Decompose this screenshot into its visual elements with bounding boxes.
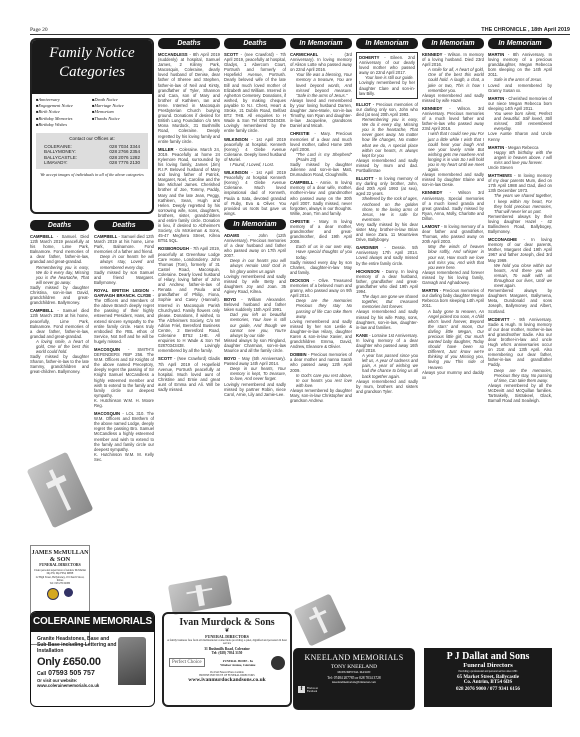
notice-verse: A baby gone to Heaven, An Angel picked t… (422, 309, 484, 370)
notice-entry: MCCANDLESS - 8th April 2019 (suddenly) a… (158, 52, 220, 144)
notice-entry: CAMPBELL - Samuel died 12th March 2019 a… (30, 308, 89, 374)
column-deaths-4: DeathsSCOTT - (nee Crawford) - 7th April… (224, 38, 286, 598)
notice-entry: CHRISTIE - Mary. Precious memories of a … (290, 131, 352, 177)
notice-signoff: Remembered always by daughters Margaret,… (488, 288, 552, 313)
notice-signoff: Always your mummy and daddy xx (422, 370, 484, 380)
notice-verse: Deep are the memories Precious they stay… (290, 298, 352, 318)
memoriam-banner: In Memoriam (290, 38, 352, 49)
notice-verse: The days are gone we shared together, Bu… (356, 294, 418, 309)
memoriam-banner: In Memoriam (356, 38, 418, 49)
notice-verse: A smile for all, A heart of gold, One of… (422, 67, 484, 92)
notice-text: - 8th April 2019 (suddenly) at hospital,… (158, 52, 220, 144)
notice-signoff: Loved and remembered by Granny Susan xx. (488, 83, 552, 93)
notice-entry: CAMPBELL - Samuel died 12th March 2019 a… (94, 234, 154, 285)
notice-text: - Annie. In loving memory of a dear wife… (290, 180, 352, 216)
notice-verse: Deep in our hearts you will always remai… (224, 258, 286, 273)
notice-text: - Samuel died 12th March 2019 at his hom… (30, 308, 89, 338)
notice-text: - Coleraine. March 24, 2019. Peacefully … (158, 147, 220, 244)
notice-entry: CAMPBELL - Annie. In loving memory of a … (290, 180, 352, 216)
notice-entry: KENNEDY - Wilson 3rd Anniversary. Specia… (422, 190, 484, 221)
notice-verse: May the winds of heaven blow softly, And… (422, 244, 484, 269)
notice-signoff: Sadly missed by daughter Christina, son-… (30, 285, 89, 305)
notice-signoff: Sadly missed by daughter Sharon, father-… (30, 354, 89, 374)
notice-verse: Deep in our hearts, Your memory is kept,… (224, 366, 286, 381)
notice-verse: Remembering you is easy, We do it every … (356, 117, 418, 158)
column-deaths-2: DeathsCAMPBELL - Samuel died 12th March … (94, 220, 154, 640)
notice-text: - (Nee Crawford) Gladis 7th April 2019 o… (158, 356, 220, 392)
notice-text: - LOL 310. The W.M. Officers and Brether… (94, 411, 154, 452)
deaths-banner: Deaths (224, 38, 286, 49)
deaths-banner: Deaths (30, 220, 89, 231)
notice-entry: MCDEVITT - 9th Anniversary. Sadie & Hugh… (488, 317, 552, 404)
notice-signoff: Always loved and remembered by your lovi… (290, 98, 352, 129)
deaths-banner: Deaths (158, 38, 220, 49)
notice-verse: Your life was a blessing, Your memory a … (290, 72, 352, 97)
notice-signoff: Sadly missed by daughter Julienne and so… (290, 162, 352, 177)
notice-text: - Megan Rebecca (504, 145, 538, 150)
notice-entry: ADAMS - John (12th Anniversary). Preciou… (224, 233, 286, 294)
column-deaths-1: DeathsCAMPBELL - Samuel. Died 12th March… (30, 220, 89, 450)
notice-entry: CAMPBELL - Samuel. Died 12th March 2019 … (30, 234, 89, 305)
notice-entry: MARTIN - Precious memories of our darlin… (422, 288, 484, 380)
notice-entry: HICKINSON - Danny. In loving memory of a… (356, 269, 418, 330)
notice-entry: MATTHEWS - In loving memory of my dear p… (488, 173, 552, 234)
notice-text: - 9th Anniversary. Sadie & Hugh. In lovi… (488, 317, 552, 368)
bifd-crest-icon (271, 656, 285, 670)
column-memoriam-5: In MemoriamCARMICHAEL - (3rd Anniversary… (290, 38, 352, 628)
memoriam-banner: In Memoriam (224, 219, 286, 230)
notice-signoff: Always remembered by all the McDevitt an… (488, 383, 552, 403)
images-note: We accept images of individuals in all o… (32, 172, 152, 177)
notice-verse: I Found, I Loved, I Lost. (224, 162, 286, 167)
notice-signoff: Always remembered and forever missed by … (422, 270, 484, 285)
notice-signoff: K. Hutchinson W.M. M. Kelly Sec. (94, 452, 154, 462)
page-number: Page 20 (30, 27, 48, 33)
notice-signoff: Always remembered and sadly missed by wi… (422, 93, 484, 103)
notice-verse: In God's care you rest above, In our hea… (290, 373, 352, 388)
kneeland-memorials-ad: KNEELAND MEMORIALS TONY KNEELAND MONUMEN… (293, 648, 415, 710)
notice-entry: CHRISTIE - Mary. In loving memory of a d… (290, 219, 352, 275)
notice-signoff: K. Hutchinson W.M. H. Moore Reg. (94, 398, 154, 408)
ivan-murdock-ad: Ivan Murdock & Sons ❦ FUNERAL DIRECTORS … (162, 612, 292, 707)
notice-signoff: Always remembered by daughter Mary, son-… (290, 388, 352, 403)
notice-entry: MILLER - Coleraine. March 24, 2019. Peac… (158, 147, 220, 244)
notice-entry: MARTIN - Megan RebeccaHappy 8th birthday… (488, 145, 552, 170)
notice-signoff: Always remembered and sadly missed by hi… (356, 309, 418, 329)
notice-text: - Samuel. Died 12th March 2019 peacefull… (30, 234, 89, 264)
notice-verse: We hold you close within our hearts, And… (488, 263, 552, 288)
notice-verse: Each of us in our own way, Have special … (290, 244, 352, 259)
notice-entry: WILKINSON - 1st April 2019 Peacefully at… (224, 170, 286, 216)
notice-verse: Dad you left us beautiful memories, Your… (224, 312, 286, 337)
notice-surname: ROYAL BRITISH LEGION - GARVAGH BRANCH. C… (94, 288, 154, 298)
family-notice-title: Family Notice Categories (32, 40, 152, 94)
memoriam-banner: In Memoriam (422, 38, 484, 49)
column-memoriam-6: In MemoriamDOHERTY - Eileen. 2nd Anniver… (356, 38, 418, 633)
notice-entry: MACOSQUIN - SMITH'S DEFENDERS RBP 256. T… (94, 347, 154, 408)
notice-verse: Sheltered by the rock of ages, Anchored … (356, 196, 418, 221)
notice-signoff: Very sadly missed by his dear sister May… (356, 222, 418, 242)
phone-link[interactable]: 07593 505 757 (48, 670, 95, 677)
notice-signoff: Always remembered and sadly missed by mu… (356, 158, 418, 173)
notice-signoff: Lovingly remembered and sadly missed by … (224, 274, 286, 294)
notice-entry: KANE - Lorraine 1st Anniversary. In lovi… (356, 333, 418, 394)
notice-entry: BOYD - William Alexander. Beloved husban… (224, 297, 286, 353)
notice-entry: MARTIN - 8th Anniversary. In loving memo… (488, 52, 552, 93)
deaths-banner: Deaths (94, 220, 154, 231)
notice-entry: CARMICHAEL - (3rd Anniversary). In lovin… (290, 52, 352, 128)
notice-verse: Safe in the arms of Jesus. (488, 77, 552, 82)
notice-text: - 7th April 2019, peacefully at Greenhaw… (158, 246, 220, 353)
notice-verse: A loving smile, a heart of gold, One of … (30, 339, 89, 354)
notice-entry: WILKINSON - 1st April 2019 peacefully at… (224, 137, 286, 168)
notice-entry: KENNEDY - Wilson. In memory of a loving … (422, 52, 484, 103)
notice-entry: ELLIOT - Precious memories of our darlin… (356, 102, 418, 173)
notice-signoff: Remembered always by their loving daught… (488, 214, 552, 234)
website-link[interactable]: www.ivanmurdockandsons.co.uk (164, 677, 290, 683)
category-item: Birthday Wishes (36, 122, 92, 128)
notice-signoff: Sadly missed by son Samuel and friend Ma… (94, 270, 154, 285)
perfect-choice-logo: Perfect Choice (169, 658, 205, 667)
notice-entry: ROSBOROUGH - 7th April 2019, peacefully … (158, 246, 220, 353)
notice-verse: Deep in our hearts he will always stay, … (94, 254, 154, 269)
coleraine-memorials-ad: COLERAINE MEMORIALS Granite Headstones, … (30, 611, 155, 707)
notice-verse: "The Lord is my Shepherd" (Psalm 23) (290, 152, 352, 162)
notice-signoff: Always remembered and sadly by mum, brot… (356, 379, 418, 394)
family-notice-categories-box: Family Notice Categories Anniversary Dea… (30, 38, 154, 214)
publication-dateline: THE CHRONICLE , 18th April 2019 (481, 27, 570, 33)
notice-entry: KENNEDY - Wilson. 3rd Anniversary. Preci… (422, 106, 484, 188)
notice-text: - The Officers and Members of the above … (94, 293, 154, 344)
facebook-icon[interactable]: f (298, 686, 305, 693)
notice-text: - Wilson 3rd Anniversary. Special memori… (422, 190, 484, 220)
notice-verse: A year has passed since you left us, A y… (356, 353, 418, 378)
notice-text: - (nee Crawford) - 7th April 2019, peace… (224, 52, 286, 133)
notice-signoff: Loving remembered and sadly missed by he… (290, 319, 352, 350)
notice-signoff: Lovingly remembered by her daughter Clar… (359, 80, 415, 95)
notice-verse: Happy 8th birthday with the angels in he… (488, 150, 552, 165)
notice-signoff: Love Auntie Sharon and Uncle Kenny (488, 131, 552, 141)
notice-signoff: Always remembered and sadly missed by da… (422, 172, 484, 187)
notice-entry: MCCONAGHIE - In loving memory of our dea… (488, 237, 552, 313)
notice-surname: MARTIN (488, 145, 504, 150)
notice-verse: You were born silent, Perfect and beauti… (488, 111, 552, 131)
notice-verse: I wish that I could see you For just a l… (422, 131, 484, 172)
notice-entry: ROYAL BRITISH LEGION - GARVAGH BRANCH. C… (94, 288, 154, 344)
notice-verse: Deep are the memories, Precious they sta… (488, 368, 552, 383)
column-memoriam-7: In MemoriamKENNEDY - Wilson. In memory o… (422, 38, 484, 633)
notice-entry: DICKSON - Olive. Treasured memories of a… (290, 278, 352, 349)
notice-signoff: Missed always by son Ringland, daughter … (224, 338, 286, 353)
notice-entry: LAMONT - In loving memory of a dear fath… (422, 224, 484, 285)
notice-entry: SCOTT - (Nee Crawford) Gladis 7th April … (158, 356, 220, 392)
notice-signoff: Sadly missed every day by son Charles, d… (290, 260, 352, 275)
notice-signoff: Uncle Steven (488, 165, 552, 170)
notice-entry: DOHERTY - Eileen. 2nd Anniversary of our… (356, 52, 418, 99)
column-deaths-3: DeathsMCCANDLESS - 8th April 2019 (sudde… (158, 38, 220, 593)
association-logo-icon (47, 588, 59, 600)
contact-offices: Contact our Offices at: COLERAINE:028 70… (36, 133, 148, 169)
office-row: LIMAVADY:028 7776 2130 (44, 160, 140, 166)
notice-entry: DOBBIN - Precious memories of a dear mot… (290, 352, 352, 403)
notice-entry: SCOTT - (nee Crawford) - 7th April 2019,… (224, 52, 286, 134)
page-header: Page 20 THE CHRONICLE , 18th April 2019 (30, 26, 570, 35)
dallat-funeral-ad: P J Dallat and Sons Funeral Directors Pr… (424, 648, 552, 707)
headstone-image (118, 637, 146, 685)
category-item: Thanks Notice (92, 116, 148, 122)
column-memoriam-8: In MemoriamMARTIN - 8th Anniversary. In … (488, 38, 552, 633)
notice-verse: Remembering you is easy, We do it every … (30, 265, 89, 285)
notice-entry: ELLIOTT - In loving memory of my darling… (356, 176, 418, 242)
notice-entry: BOYD - May (5th Anniversary). Passed awa… (224, 356, 286, 397)
category-list: Anniversary Death Notice Engagement Noti… (32, 94, 152, 130)
notice-entry: MACOSQUIN - LOL 310. The W.M. Officers a… (94, 411, 154, 462)
memoriam-banner: In Memoriam (488, 38, 552, 49)
notice-verse: The years we shared together, I keep wit… (488, 193, 552, 213)
notice-text: - SMITH'S DEFENDERS RBP 256. The W.M. Of… (94, 347, 154, 398)
notice-signoff: Lovingly remembered and sadly missed by … (224, 382, 286, 397)
notice-entry: GARDINER - Dessie. 5th Anniversary 17th … (356, 245, 418, 265)
notice-text: - 1st April 2019 Peacefully at hospital … (224, 170, 286, 216)
notice-entry: MARTIN - Cherished memories of our niece… (488, 96, 552, 142)
association-logo-icon (64, 588, 73, 597)
email-link[interactable]: kneelandmemorials@btinternet.com (294, 680, 414, 684)
